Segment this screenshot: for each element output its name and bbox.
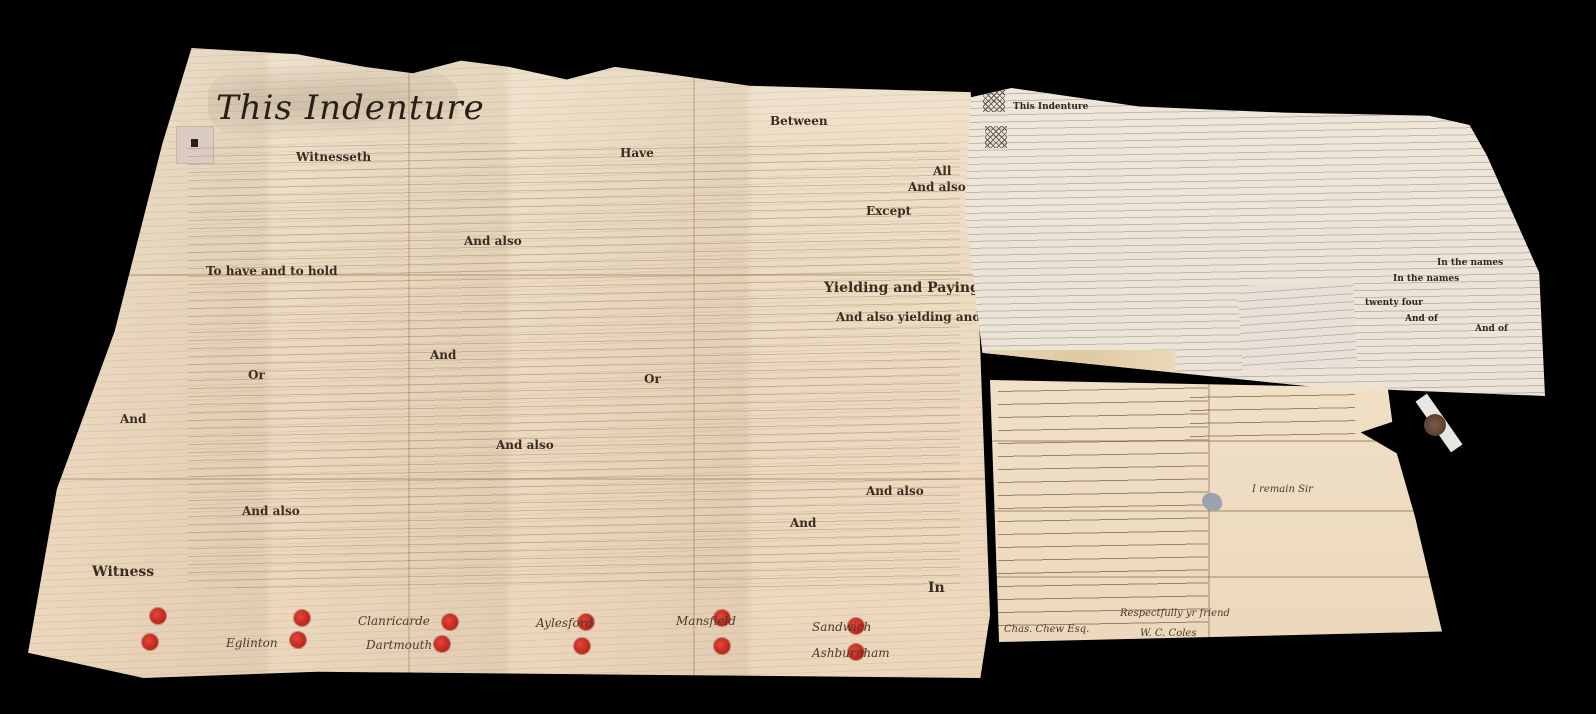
keyword-and-of: And of	[1475, 324, 1508, 334]
fold-line	[990, 576, 1442, 578]
signature: Mansfield	[676, 614, 736, 628]
letter-closing: Respectfully yr friend	[1120, 608, 1230, 619]
keyword-witnesseth: Witnesseth	[296, 150, 371, 164]
keyword-except: Except	[866, 204, 911, 218]
letter-text-body	[998, 384, 1208, 632]
letter-signature: W. C. Coles	[1140, 628, 1196, 639]
signature: Clanricarde	[358, 614, 430, 628]
keyword-and-also: And also	[908, 180, 966, 194]
attached-note	[1238, 280, 1357, 371]
keyword-in: In	[928, 580, 945, 596]
signature: Sandwich	[812, 620, 871, 634]
keyword-and-also: And also	[496, 438, 554, 452]
keyword-all: All	[933, 164, 951, 178]
ribbon-seal	[1412, 392, 1482, 458]
letter-closing: I remain Sir	[1252, 484, 1313, 495]
folded-seal-strip	[985, 350, 1175, 376]
signature: Ashburnham	[812, 646, 890, 660]
notary-mark-icon	[985, 126, 1007, 148]
fold-line	[28, 274, 990, 276]
fold-line	[990, 440, 1442, 442]
red-wax-seal	[294, 610, 310, 626]
keyword-and: And	[430, 348, 456, 362]
handwritten-letter: I remain Sir Respectfully yr friend Chas…	[990, 380, 1442, 642]
keyword-in-the-names: In the names	[1437, 258, 1503, 268]
letter-text-body	[1190, 390, 1355, 445]
deed-heading: This Indenture	[1013, 102, 1088, 112]
notary-mark-icon	[983, 90, 1005, 112]
handwritten-text-body	[188, 143, 960, 588]
keyword-have: Have	[620, 146, 654, 160]
keyword-in-the-names: In the names	[1393, 274, 1459, 284]
letter-addressee: Chas. Chew Esq.	[1004, 624, 1089, 635]
fold-line	[693, 48, 695, 678]
deed-document: This Indenture In the names In the names…	[965, 88, 1545, 396]
red-wax-seal	[574, 638, 590, 654]
keyword-and: And	[120, 412, 146, 426]
keyword-and-also: And also	[464, 234, 522, 248]
keyword-or: Or	[644, 372, 661, 386]
fold-line	[28, 478, 990, 480]
red-wax-seal	[290, 632, 306, 648]
red-wax-seal	[142, 634, 158, 650]
keyword-and: And	[790, 516, 816, 530]
red-wax-seal	[714, 638, 730, 654]
keyword-to-have-and-to-hold: To have and to hold	[206, 264, 338, 278]
signature: Aylesford	[536, 616, 593, 630]
fold-line	[408, 48, 410, 678]
keyword-and-also: And also	[866, 484, 924, 498]
paper-damage-hole	[1202, 493, 1222, 511]
red-wax-seal	[150, 608, 166, 624]
keyword-yielding-and-paying: Yielding and Paying	[824, 280, 980, 296]
indenture-document: This Indenture Witnesseth Between Have A…	[28, 48, 990, 678]
keyword-and-also: And also	[242, 504, 300, 518]
signature: Dartmouth	[366, 638, 432, 652]
keyword-between: Between	[770, 114, 828, 128]
red-wax-seal	[434, 636, 450, 652]
keyword-witness: Witness	[92, 564, 154, 580]
keyword-or: Or	[248, 368, 265, 382]
wax-seal	[1424, 414, 1446, 436]
indenture-title: This Indenture	[216, 88, 485, 128]
red-wax-seal	[442, 614, 458, 630]
signature: Eglinton	[226, 636, 278, 650]
keyword-and-of: And of	[1405, 314, 1438, 324]
keyword-twenty-four: twenty four	[1365, 298, 1423, 308]
